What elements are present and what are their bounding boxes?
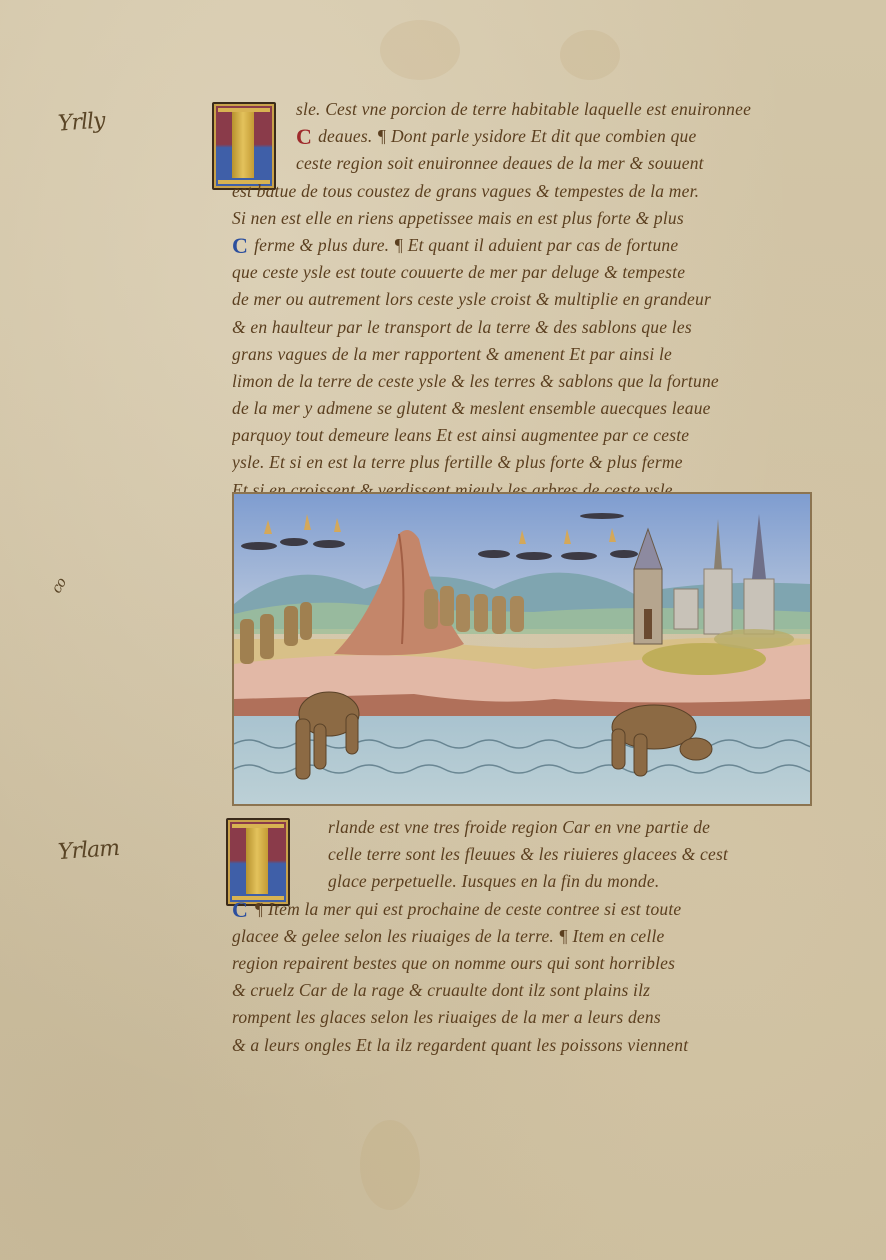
text-line: glace perpetuelle. Iusques en la fin du …: [232, 868, 817, 895]
text-line: ysle. Et si en est la terre plus fertill…: [232, 449, 817, 476]
text-section-one: sle. Cest vne porcion de terre habitable…: [232, 96, 817, 504]
text-line: rlande est vne tres froide region Car en…: [232, 814, 817, 841]
parchment-stain: [360, 1120, 420, 1210]
text-line: C¶ Item la mer qui est prochaine de cest…: [232, 896, 817, 923]
rubric-paragraph-mark-red: C: [296, 128, 312, 146]
miniature-illustration: [232, 492, 812, 806]
text-line: Si nen est elle en riens appetissee mais…: [232, 205, 817, 232]
parchment-stain: [380, 20, 460, 80]
text-line: & en haulteur par le transport de la ter…: [232, 314, 817, 341]
rubric-paragraph-mark-blue: C: [232, 237, 248, 255]
miniature-scene: [234, 494, 810, 804]
text-line: grans vagues de la mer rapportent & amen…: [232, 341, 817, 368]
text-line: Cferme & plus dure. ¶ Et quant il aduien…: [232, 232, 817, 259]
text-line: parquoy tout demeure leans Et est ainsi …: [232, 422, 817, 449]
text-section-two: rlande est vne tres froide region Car en…: [232, 814, 817, 1059]
text-line: rompent les glaces selon les riuaiges de…: [232, 1004, 817, 1031]
text-line: & cruelz Car de la rage & cruaulte dont …: [232, 977, 817, 1004]
text-line: & a leurs ongles Et la ilz regardent qua…: [232, 1032, 817, 1059]
parchment-page: Yrlly co Yrlam sle. Cest vne porcion de …: [0, 0, 886, 1260]
text-line: de la mer y admene se glutent & meslent …: [232, 395, 817, 422]
text-line: glacee & gelee selon les riuaiges de la …: [232, 923, 817, 950]
parchment-stain: [560, 30, 620, 80]
marginal-note-middle: co: [49, 576, 70, 596]
text-line: Cdeaues. ¶ Dont parle ysidore Et dit que…: [232, 123, 817, 150]
text-line: ceste region soit enuironnee deaues de l…: [232, 150, 817, 177]
text-line: est batue de tous coustez de grans vague…: [232, 178, 817, 205]
text-line: region repairent bestes que on nomme our…: [232, 950, 817, 977]
text-line: sle. Cest vne porcion de terre habitable…: [232, 96, 817, 123]
shrubs: [714, 629, 794, 649]
marginal-note-bottom: Yrlam: [57, 836, 120, 865]
text-line: de mer ou autrement lors ceste ysle croi…: [232, 286, 817, 313]
text-line: limon de la terre de ceste ysle & les te…: [232, 368, 817, 395]
text-line: celle terre sont les fleuues & les riuie…: [232, 841, 817, 868]
rubric-paragraph-mark-blue: C: [232, 901, 248, 919]
marginal-note-top: Yrlly: [57, 108, 105, 136]
text-line: que ceste ysle est toute couuerte de mer…: [232, 259, 817, 286]
